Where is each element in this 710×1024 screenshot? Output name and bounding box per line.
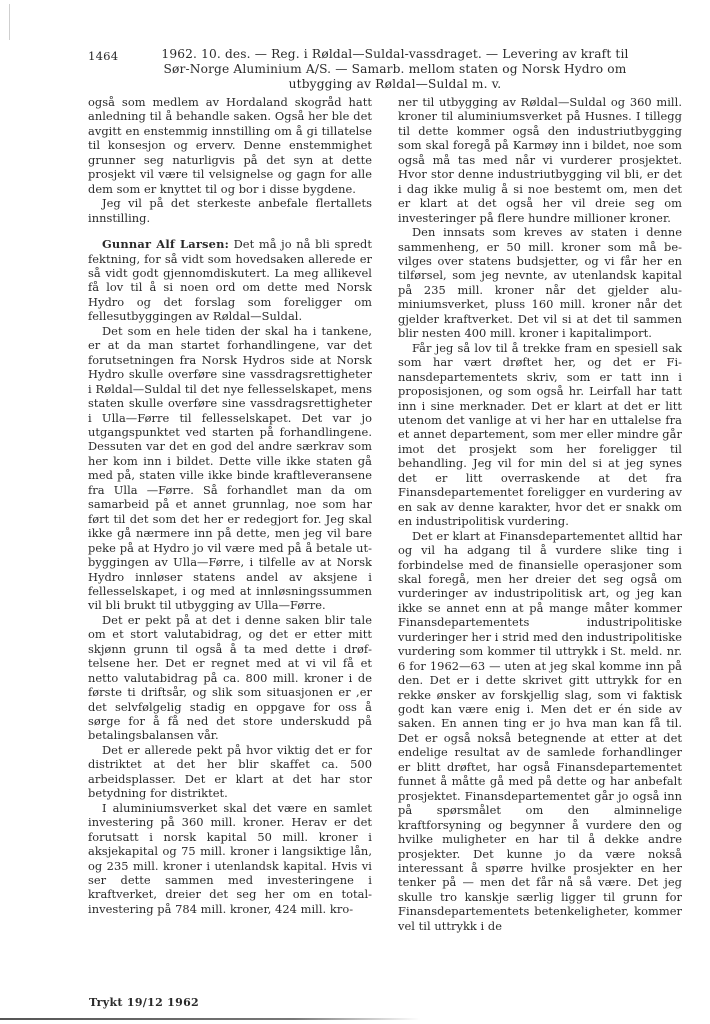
header-line-3: utbygging av Røldal—Suldal m. v. [130, 77, 660, 92]
page-number: 1464 [88, 49, 118, 63]
paragraph: Det er allerede pekt på hvor viktig det … [88, 743, 372, 801]
paragraph: Får jeg så lov til å trekke fram en spes… [398, 341, 682, 529]
right-column: ner til utbygging av Røldal—Suldal og 36… [398, 95, 682, 933]
paragraph: Den innsats som kreves av staten i denne… [398, 225, 682, 341]
paragraph: I aluminiumsverket skal det være en saml… [88, 801, 372, 917]
header-line-2: Sør-Norge Aluminium A/S. — Samarb. mello… [130, 62, 660, 77]
scan-edge-mark [9, 4, 10, 40]
paragraph: også som medlem av Hordaland skogråd hat… [88, 95, 372, 196]
speaker-paragraph: Gunnar Alf Larsen: Det må jo nå bli spre… [88, 237, 372, 324]
page-bottom-edge [0, 1018, 420, 1020]
header-line-1: 1962. 10. des. — Reg. i Røldal—Suldal-va… [130, 47, 660, 62]
left-column: også som medlem av Hordaland skogråd hat… [88, 95, 372, 916]
running-header: 1962. 10. des. — Reg. i Røldal—Suldal-va… [130, 47, 660, 93]
paragraph: Det er pekt på at det i denne saken blir… [88, 613, 372, 743]
paragraph: Det er klart at Finansdepartementet allt… [398, 529, 682, 934]
paragraph: ner til utbygging av Røldal—Suldal og 36… [398, 95, 682, 225]
paragraph: Det som en hele tiden der skal ha i tank… [88, 324, 372, 613]
print-date-footer: Trykt 19/12 1962 [89, 996, 199, 1009]
speaker-name: Gunnar Alf Larsen: [102, 237, 229, 251]
paragraph: Jeg vil på det sterkeste anbefale flerta… [88, 196, 372, 225]
